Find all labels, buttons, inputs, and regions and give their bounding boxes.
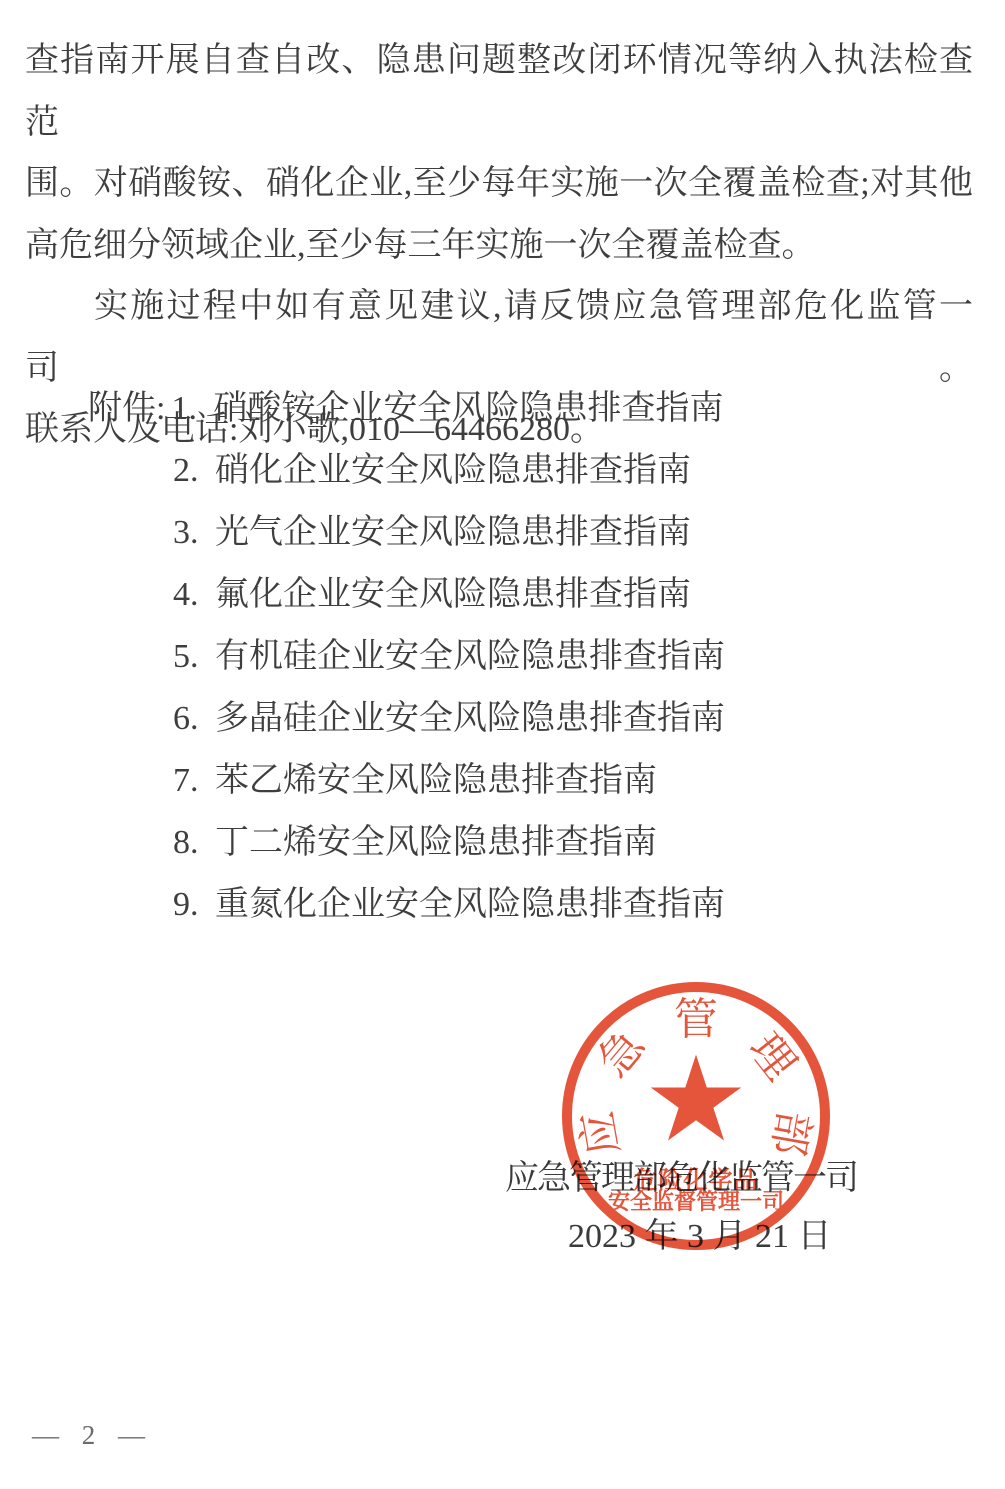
attachment-item: 7.苯乙烯安全风险隐患排查指南 xyxy=(173,750,973,812)
attachment-title: 多晶硅企业安全风险隐患排查指南 xyxy=(215,700,725,737)
attachment-title: 重氮化企业安全风险隐患排查指南 xyxy=(215,886,725,923)
attachment-number: 9. xyxy=(173,874,203,936)
paragraph-line-1: 查指南开展自查自改、隐患问题整改闭环情况等纳入执法检查范 xyxy=(25,30,973,153)
page-number: — 2 — xyxy=(32,1420,145,1451)
attachment-number: 1. xyxy=(171,378,201,440)
official-seal: 应 急 管 理 部 ★ 危险化学品 安全监督管理一司 xyxy=(562,982,830,1250)
attachment-title: 光气企业安全风险隐患排查指南 xyxy=(215,514,691,551)
attachment-title: 丁二烯安全风险隐患排查指南 xyxy=(215,824,657,861)
attachment-number: 4. xyxy=(173,564,203,626)
attachment-item: 8.丁二烯安全风险隐患排查指南 xyxy=(173,812,973,874)
attachment-number: 3. xyxy=(173,502,203,564)
attachment-number: 5. xyxy=(173,626,203,688)
attachment-title: 有机硅企业安全风险隐患排查指南 xyxy=(215,638,725,675)
document-page: 查指南开展自查自改、隐患问题整改闭环情况等纳入执法检查范 围。对硝酸铵、硝化企业… xyxy=(0,0,1005,1489)
attachment-item: 2.硝化企业安全风险隐患排查指南 xyxy=(173,440,973,502)
paragraph-line-3: 高危细分领域企业,至少每三年实施一次全覆盖检查。 xyxy=(25,215,973,277)
attachment-item: 6.多晶硅企业安全风险隐患排查指南 xyxy=(173,688,973,750)
attachment-number: 8. xyxy=(173,812,203,874)
attachment-title: 氟化企业安全风险隐患排查指南 xyxy=(215,576,691,613)
paragraph-line-2: 围。对硝酸铵、硝化企业,至少每年实施一次全覆盖检查;对其他 xyxy=(25,153,973,215)
attachment-number: 2. xyxy=(173,440,203,502)
attachment-title: 苯乙烯安全风险隐患排查指南 xyxy=(215,762,657,799)
attachment-label: 附件: xyxy=(88,390,165,427)
attachment-number: 7. xyxy=(173,750,203,812)
attachment-title: 硝化企业安全风险隐患排查指南 xyxy=(215,452,691,489)
star-icon: ★ xyxy=(572,1040,820,1158)
attachment-number: 6. xyxy=(173,688,203,750)
attachment-item: 3.光气企业安全风险隐患排查指南 xyxy=(173,502,973,564)
attachment-title: 硝酸铵企业安全风险隐患排查指南 xyxy=(213,390,723,427)
seal-inner-text-line2: 安全监督管理一司 xyxy=(572,1185,820,1216)
attachment-item: 4.氟化企业安全风险隐患排查指南 xyxy=(173,564,973,626)
attachment-list: 附件:1.硝酸铵企业安全风险隐患排查指南 2.硝化企业安全风险隐患排查指南 3.… xyxy=(25,378,973,936)
attachment-item: 附件:1.硝酸铵企业安全风险隐患排查指南 xyxy=(25,378,973,440)
attachment-item: 9.重氮化企业安全风险隐患排查指南 xyxy=(173,874,973,936)
attachment-item: 5.有机硅企业安全风险隐患排查指南 xyxy=(173,626,973,688)
